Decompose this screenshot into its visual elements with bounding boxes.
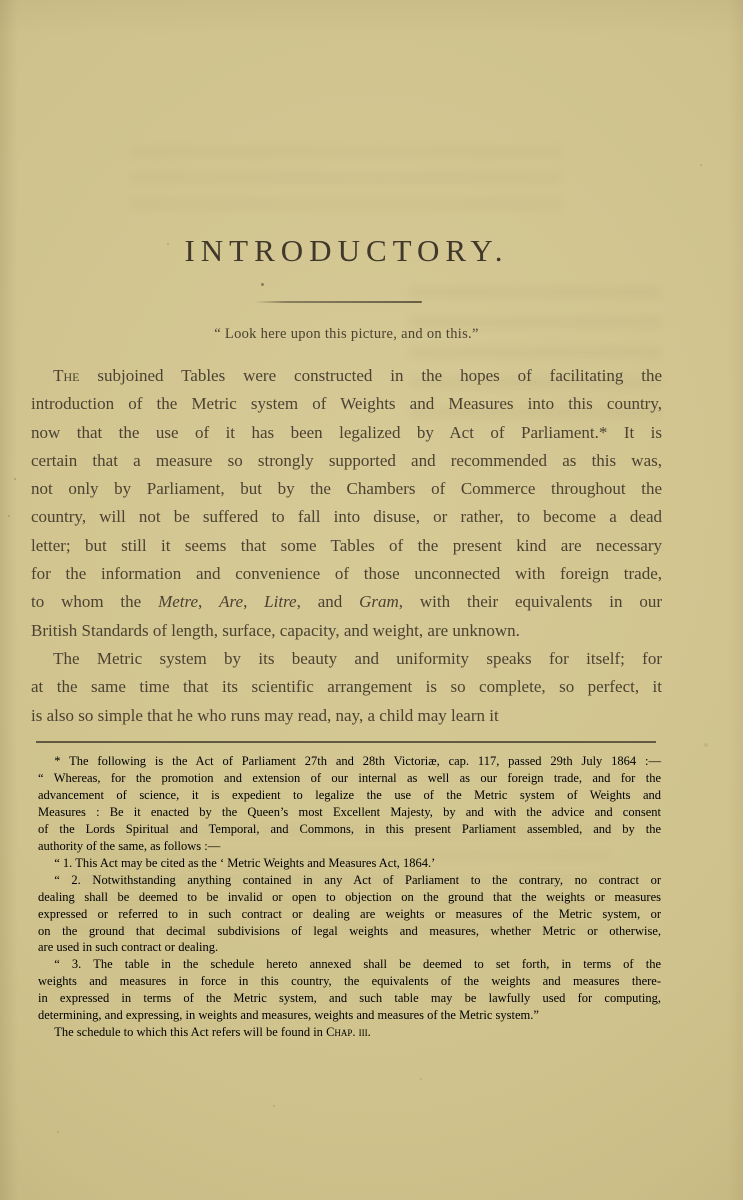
- paper-speckles: [0, 0, 2, 2]
- text-segment: is also so simple that he who runs may r…: [31, 706, 499, 725]
- text-segment: Are: [219, 592, 243, 611]
- footnote-line: in expressed in terms of the Metric syst…: [38, 990, 661, 1007]
- text-segment: not only by Parliament, but by the Chamb…: [31, 479, 662, 498]
- footnote-line: “ Whereas, for the promotion and extensi…: [38, 770, 661, 787]
- text-segment: T: [53, 366, 63, 385]
- text-segment: ,: [198, 592, 219, 611]
- text-segment: Metre: [158, 592, 198, 611]
- footnote-line: weights and measures in force in this co…: [38, 973, 661, 990]
- text-segment: subjoined Tables were constructed in the…: [79, 366, 662, 385]
- body-line: now that the use of it has been legalize…: [31, 419, 662, 447]
- body-line: certain that a measure so strongly suppo…: [31, 447, 662, 475]
- footnote-line: determining, and expressing, in weights …: [38, 1007, 661, 1024]
- text-segment: The schedule to which this Act refers wi…: [54, 1025, 326, 1039]
- body-line: country, will not be suffered to fall in…: [31, 503, 662, 531]
- text-segment: letter; but still it seems that some Tab…: [31, 536, 662, 555]
- text-segment: advancement of science, it is expedient …: [38, 788, 661, 802]
- footnote-line: “ 3. The table in the schedule hereto an…: [38, 956, 661, 973]
- body-line: The subjoined Tables were constructed in…: [31, 362, 662, 390]
- text-segment: Litre: [264, 592, 296, 611]
- text-segment: Chap. iii.: [326, 1025, 371, 1039]
- text-segment: country, will not be suffered to fall in…: [31, 507, 662, 526]
- text-segment: dealing shall be deemed to be invalid or…: [38, 890, 661, 904]
- page-title: INTRODUCTORY.: [31, 233, 662, 269]
- decorative-dot: [261, 283, 264, 286]
- body-line: not only by Parliament, but by the Chamb…: [31, 475, 662, 503]
- text-segment: ,: [243, 592, 264, 611]
- show-through-ghost: [130, 148, 560, 210]
- text-segment: weights and measures in force in this co…: [38, 974, 661, 988]
- footnote-line: * The following is the Act of Parliament…: [38, 753, 661, 770]
- footnote-text: * The following is the Act of Parliament…: [38, 753, 661, 1041]
- text-segment: British Standards of length, surface, ca…: [31, 621, 520, 640]
- body-line: is also so simple that he who runs may r…: [31, 702, 662, 730]
- text-segment: “ 2. Notwithstanding anything contained …: [54, 873, 661, 887]
- footnote-line: are used in such contract or dealing.: [38, 939, 661, 956]
- body-line: to whom the Metre, Are, Litre, and Gram,…: [31, 588, 662, 616]
- text-segment: to whom the: [31, 592, 158, 611]
- footnote-line: The schedule to which this Act refers wi…: [38, 1024, 661, 1041]
- epigraph-quote: “ Look here upon this picture, and on th…: [31, 326, 662, 343]
- text-segment: determining, and expressing, in weights …: [38, 1008, 539, 1022]
- title-divider-rule: [255, 301, 422, 303]
- footnote-line: “ 2. Notwithstanding anything contained …: [38, 872, 661, 889]
- text-segment: on the ground that decimal subdivisions …: [38, 924, 661, 938]
- footnote-line: dealing shall be deemed to be invalid or…: [38, 889, 661, 906]
- text-segment: for the information and convenience of t…: [31, 564, 662, 583]
- text-segment: expressed or referred to in such contrac…: [38, 907, 661, 921]
- body-line: at the same time that its scientific arr…: [31, 673, 662, 701]
- main-text: The subjoined Tables were constructed in…: [31, 362, 662, 730]
- text-segment: certain that a measure so strongly suppo…: [31, 451, 662, 470]
- text-segment: * The following is the Act of Parliament…: [54, 754, 661, 768]
- text-segment: “ 3. The table in the schedule hereto an…: [54, 957, 661, 971]
- text-segment: “ 1. This Act may be cited as the ‘ Metr…: [54, 856, 435, 870]
- text-segment: “ Whereas, for the promotion and extensi…: [38, 771, 661, 785]
- text-segment: , and: [297, 592, 360, 611]
- footnote-line: expressed or referred to in such contrac…: [38, 906, 661, 923]
- text-segment: Measures : Be it enacted by the Queen’s …: [38, 805, 661, 819]
- text-segment: now that the use of it has been legalize…: [31, 423, 662, 442]
- footnote-line: Measures : Be it enacted by the Queen’s …: [38, 804, 661, 821]
- body-line: The Metric system by its beauty and unif…: [31, 645, 662, 673]
- footnote-line: “ 1. This Act may be cited as the ‘ Metr…: [38, 855, 661, 872]
- footnote-line: advancement of science, it is expedient …: [38, 787, 661, 804]
- text-segment: The Metric system by its beauty and unif…: [53, 649, 662, 668]
- footnote-line: authority of the same, as follows :—: [38, 838, 661, 855]
- text-segment: , with their equivalents in our: [399, 592, 662, 611]
- text-segment: Gram: [359, 592, 399, 611]
- book-page: INTRODUCTORY. “ Look here upon this pict…: [0, 0, 743, 1200]
- text-segment: of the Lords Spiritual and Temporal, and…: [38, 822, 661, 836]
- text-segment: are used in such contract or dealing.: [38, 940, 218, 954]
- footnote-divider-rule: [36, 741, 656, 743]
- text-segment: introduction of the Metric system of Wei…: [31, 394, 662, 413]
- body-line: British Standards of length, surface, ca…: [31, 617, 662, 645]
- footnote-line: of the Lords Spiritual and Temporal, and…: [38, 821, 661, 838]
- body-line: letter; but still it seems that some Tab…: [31, 532, 662, 560]
- text-segment: at the same time that its scientific arr…: [31, 677, 662, 696]
- footnote-line: on the ground that decimal subdivisions …: [38, 923, 661, 940]
- body-line: for the information and convenience of t…: [31, 560, 662, 588]
- text-segment: in expressed in terms of the Metric syst…: [38, 991, 661, 1005]
- body-line: introduction of the Metric system of Wei…: [31, 390, 662, 418]
- text-segment: authority of the same, as follows :—: [38, 839, 220, 853]
- text-segment: he: [63, 366, 79, 385]
